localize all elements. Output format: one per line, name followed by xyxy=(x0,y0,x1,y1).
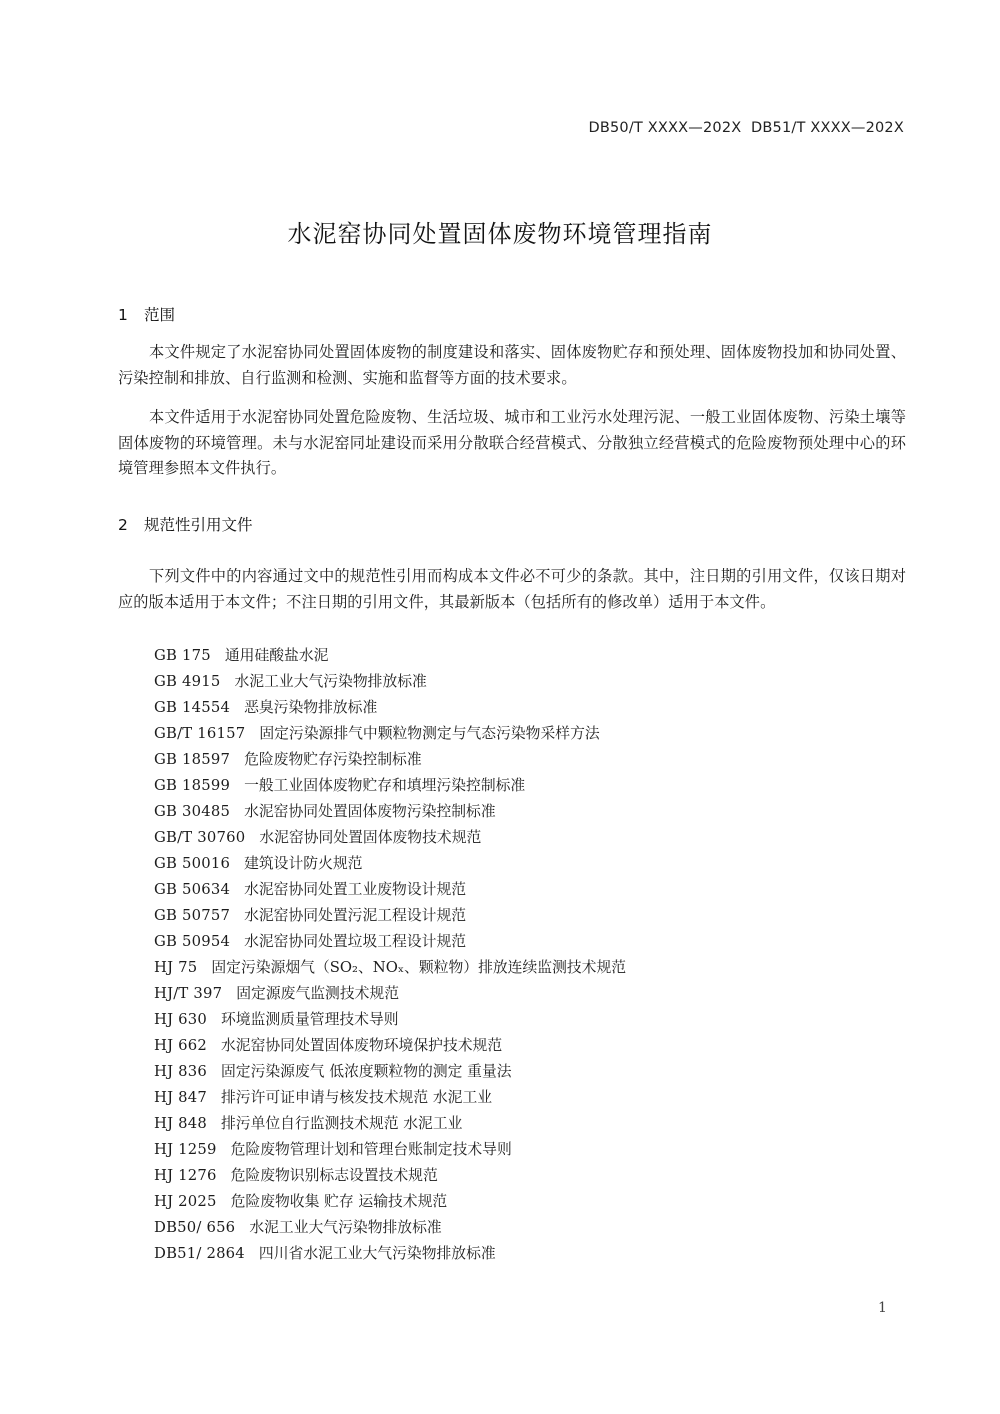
reference-item: DB51/ 2864四川省水泥工业大气污染物排放标准 xyxy=(154,1241,626,1267)
standard-number-header: DB50/T XXXX—202X DB51/T XXXX—202X xyxy=(588,120,904,136)
reference-code: HJ 75 xyxy=(154,959,197,976)
section-heading-normative-references: 2规范性引用文件 xyxy=(118,513,253,535)
reference-item: GB 30485水泥窑协同处置固体废物污染控制标准 xyxy=(154,799,626,825)
reference-title: 一般工业固体废物贮存和填埋污染控制标准 xyxy=(244,777,525,794)
reference-title: 排污单位自行监测技术规范 水泥工业 xyxy=(221,1115,462,1132)
reference-code: GB 14554 xyxy=(154,699,230,716)
paragraph-scope-2: 本文件适用于水泥窑协同处置危险废物、生活垃圾、城市和工业污水处理污泥、一般工业固… xyxy=(118,405,906,482)
reference-code: DB51/ 2864 xyxy=(154,1245,245,1262)
reference-title: 水泥窑协同处置工业废物设计规范 xyxy=(244,881,466,898)
reference-item: GB 18599一般工业固体废物贮存和填埋污染控制标准 xyxy=(154,773,626,799)
reference-code: HJ/T 397 xyxy=(154,985,222,1002)
reference-item: GB 18597危险废物贮存污染控制标准 xyxy=(154,747,626,773)
section-title: 范围 xyxy=(144,306,175,324)
reference-code: HJ 630 xyxy=(154,1011,207,1028)
reference-item: GB 50757水泥窑协同处置污泥工程设计规范 xyxy=(154,903,626,929)
page-number: 1 xyxy=(878,1300,887,1316)
reference-item: HJ 75固定污染源烟气（SO₂、NOₓ、颗粒物）排放连续监测技术规范 xyxy=(154,955,626,981)
reference-title: 固定源废气监测技术规范 xyxy=(236,985,399,1002)
reference-title: 通用硅酸盐水泥 xyxy=(225,647,329,664)
reference-title: 固定污染源废气 低浓度颗粒物的测定 重量法 xyxy=(221,1063,512,1080)
reference-title: 建筑设计防火规范 xyxy=(244,855,362,872)
section-title: 规范性引用文件 xyxy=(144,516,253,534)
reference-code: GB 50757 xyxy=(154,907,230,924)
reference-list: GB 175通用硅酸盐水泥GB 4915水泥工业大气污染物排放标准GB 1455… xyxy=(154,643,626,1267)
reference-code: GB 50634 xyxy=(154,881,230,898)
reference-code: HJ 836 xyxy=(154,1063,207,1080)
reference-item: GB 175通用硅酸盐水泥 xyxy=(154,643,626,669)
reference-title: 水泥工业大气污染物排放标准 xyxy=(234,673,426,690)
document-page: DB50/T XXXX—202X DB51/T XXXX—202X 水泥窑协同处… xyxy=(0,0,1000,1414)
reference-code: HJ 1276 xyxy=(154,1167,217,1184)
reference-title: 水泥窑协同处置垃圾工程设计规范 xyxy=(244,933,466,950)
reference-title: 危险废物管理计划和管理台账制定技术导则 xyxy=(231,1141,512,1158)
reference-code: GB/T 16157 xyxy=(154,725,245,742)
reference-item: HJ 1276危险废物识别标志设置技术规范 xyxy=(154,1163,626,1189)
reference-title: 水泥窑协同处置固体废物技术规范 xyxy=(259,829,481,846)
reference-title: 水泥窑协同处置污泥工程设计规范 xyxy=(244,907,466,924)
reference-code: GB 175 xyxy=(154,647,211,664)
reference-code: GB 50954 xyxy=(154,933,230,950)
reference-title: 排污许可证申请与核发技术规范 水泥工业 xyxy=(221,1089,492,1106)
reference-code: HJ 662 xyxy=(154,1037,207,1054)
reference-code: HJ 848 xyxy=(154,1115,207,1132)
reference-item: GB/T 16157固定污染源排气中颗粒物测定与气态污染物采样方法 xyxy=(154,721,626,747)
reference-title: 环境监测质量管理技术导则 xyxy=(221,1011,399,1028)
reference-item: HJ/T 397固定源废气监测技术规范 xyxy=(154,981,626,1007)
reference-code: GB 30485 xyxy=(154,803,230,820)
reference-code: GB/T 30760 xyxy=(154,829,245,846)
reference-code: GB 18599 xyxy=(154,777,230,794)
paragraph-scope-1: 本文件规定了水泥窑协同处置固体废物的制度建设和落实、固体废物贮存和预处理、固体废… xyxy=(118,340,906,391)
reference-item: GB 14554恶臭污染物排放标准 xyxy=(154,695,626,721)
section-number: 2 xyxy=(118,516,144,534)
reference-code: DB50/ 656 xyxy=(154,1219,235,1236)
reference-item: HJ 1259危险废物管理计划和管理台账制定技术导则 xyxy=(154,1137,626,1163)
reference-item: GB 50954水泥窑协同处置垃圾工程设计规范 xyxy=(154,929,626,955)
section-number: 1 xyxy=(118,306,144,324)
reference-item: HJ 2025危险废物收集 贮存 运输技术规范 xyxy=(154,1189,626,1215)
reference-item: HJ 630环境监测质量管理技术导则 xyxy=(154,1007,626,1033)
document-title: 水泥窑协同处置固体废物环境管理指南 xyxy=(0,214,1000,249)
reference-item: HJ 836固定污染源废气 低浓度颗粒物的测定 重量法 xyxy=(154,1059,626,1085)
reference-title: 水泥窑协同处置固体废物环境保护技术规范 xyxy=(221,1037,502,1054)
reference-code: HJ 1259 xyxy=(154,1141,217,1158)
reference-title: 水泥窑协同处置固体废物污染控制标准 xyxy=(244,803,496,820)
reference-code: GB 4915 xyxy=(154,673,220,690)
reference-item: HJ 848排污单位自行监测技术规范 水泥工业 xyxy=(154,1111,626,1137)
reference-title: 危险废物贮存污染控制标准 xyxy=(244,751,422,768)
reference-item: GB 50634水泥窑协同处置工业废物设计规范 xyxy=(154,877,626,903)
reference-item: HJ 662水泥窑协同处置固体废物环境保护技术规范 xyxy=(154,1033,626,1059)
reference-code: GB 50016 xyxy=(154,855,230,872)
reference-title: 固定污染源排气中颗粒物测定与气态污染物采样方法 xyxy=(259,725,599,742)
reference-title: 危险废物收集 贮存 运输技术规范 xyxy=(231,1193,448,1210)
reference-item: DB50/ 656水泥工业大气污染物排放标准 xyxy=(154,1215,626,1241)
reference-item: HJ 847排污许可证申请与核发技术规范 水泥工业 xyxy=(154,1085,626,1111)
reference-code: HJ 847 xyxy=(154,1089,207,1106)
reference-code: HJ 2025 xyxy=(154,1193,217,1210)
reference-item: GB 50016建筑设计防火规范 xyxy=(154,851,626,877)
reference-title: 危险废物识别标志设置技术规范 xyxy=(231,1167,438,1184)
reference-item: GB/T 30760水泥窑协同处置固体废物技术规范 xyxy=(154,825,626,851)
reference-item: GB 4915水泥工业大气污染物排放标准 xyxy=(154,669,626,695)
reference-title: 恶臭污染物排放标准 xyxy=(244,699,377,716)
section-heading-scope: 1范围 xyxy=(118,303,175,325)
reference-code: GB 18597 xyxy=(154,751,230,768)
reference-title: 水泥工业大气污染物排放标准 xyxy=(249,1219,441,1236)
reference-title: 固定污染源烟气（SO₂、NOₓ、颗粒物）排放连续监测技术规范 xyxy=(211,959,626,976)
reference-title: 四川省水泥工业大气污染物排放标准 xyxy=(259,1245,496,1262)
paragraph-normative-intro: 下列文件中的内容通过文中的规范性引用而构成本文件必不可少的条款。其中，注日期的引… xyxy=(118,564,906,615)
